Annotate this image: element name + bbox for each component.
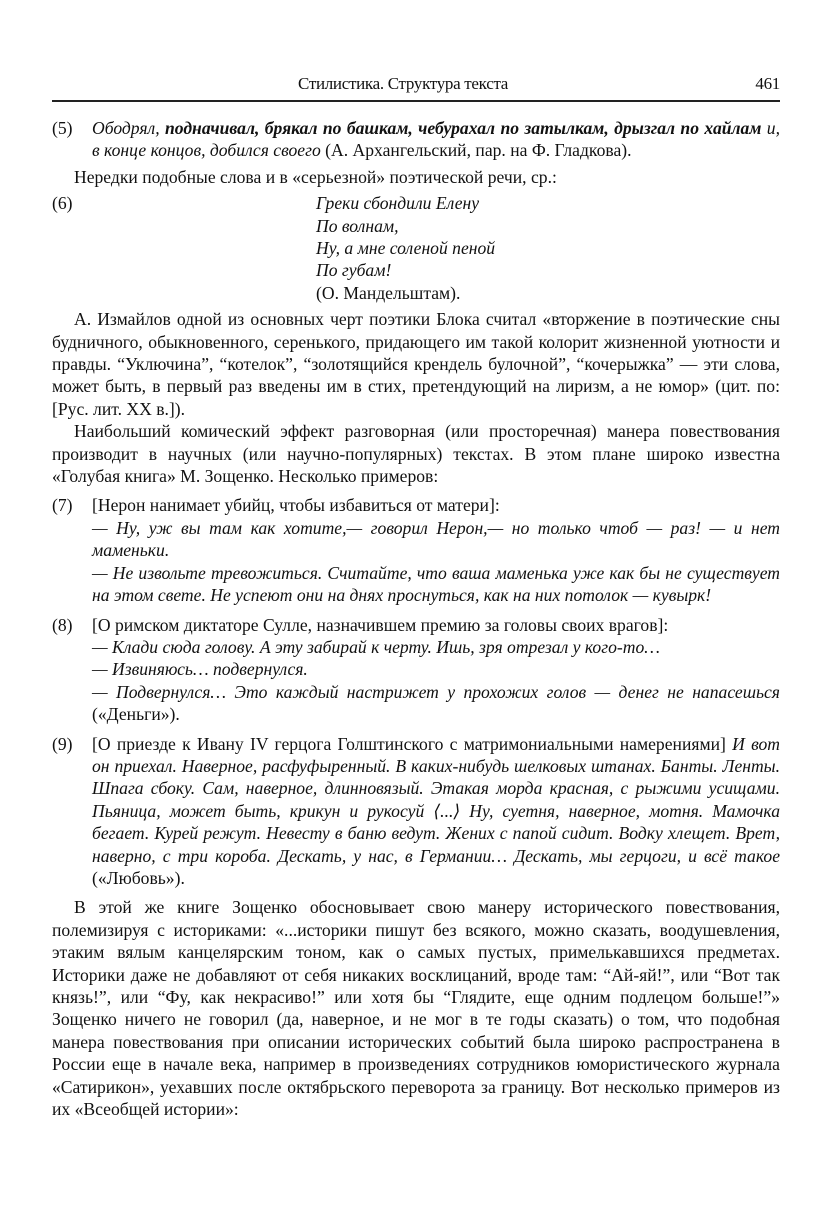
- paragraph: Нередки подобные слова и в «серьезной» п…: [52, 166, 780, 188]
- dialogue-line: — Клади сюда голову. А эту забирай к чер…: [92, 636, 780, 658]
- page-body: (5) Ободрял, подначивал, брякал по башка…: [52, 117, 780, 1120]
- paragraph: А. Измайлов одной из основных черт поэти…: [52, 308, 780, 420]
- paragraph: В этой же книге Зощенко обосновывает сво…: [52, 896, 780, 1120]
- dialogue-line: — Ну, уж вы там как хотите,— говорил Нер…: [92, 517, 780, 562]
- example-context: [О приезде к Ивану IV герцога Голштинско…: [92, 734, 732, 754]
- poem-line: По волнам,: [316, 215, 495, 237]
- example-source: (А. Архангельский, пар. на Ф. Гладкова).: [321, 140, 632, 160]
- dialogue-line: — Не извольте тревожиться. Считайте, что…: [92, 562, 780, 607]
- example-text: Ободрял,: [92, 118, 165, 138]
- example-context: [О римском диктаторе Сулле, назначившем …: [92, 614, 780, 636]
- example-source: («Деньги»).: [92, 704, 180, 724]
- example-number: (5): [52, 117, 73, 139]
- poem-line: По губам!: [316, 259, 495, 281]
- dialogue-line: — Извиняюсь… подвернулся.: [92, 658, 780, 680]
- page-number: 461: [755, 74, 780, 94]
- example-emphasis: подначивал, брякал по башкам, чебурахал …: [165, 118, 761, 138]
- example-7: (7) [Нерон нанимает убийц, чтобы избавит…: [52, 494, 780, 606]
- example-5: (5) Ободрял, подначивал, брякал по башка…: [52, 117, 780, 162]
- example-6: (6) Греки сбондили Елену По волнам, Ну, …: [52, 192, 780, 304]
- poem-line: Ну, а мне соленой пеной: [316, 237, 495, 259]
- example-number: (6): [52, 192, 73, 214]
- example-number: (8): [52, 614, 73, 636]
- running-title: Стилистика. Структура текста: [298, 74, 508, 94]
- dialogue-line: — Подвернулся… Это каждый настрижет у пр…: [92, 682, 780, 702]
- example-context: [Нерон нанимает убийц, чтобы избавиться …: [92, 494, 780, 516]
- example-8: (8) [О римском диктаторе Сулле, назначив…: [52, 614, 780, 726]
- example-number: (7): [52, 494, 73, 516]
- header-rule: [52, 100, 780, 102]
- poem-source: (О. Мандельштам).: [316, 282, 495, 304]
- example-number: (9): [52, 733, 73, 755]
- running-header: Стилистика. Структура текста 461: [52, 74, 780, 98]
- poem-line: Греки сбондили Елену: [316, 192, 495, 214]
- example-9: (9) [О приезде к Ивану IV герцога Голшти…: [52, 733, 780, 890]
- example-source: («Любовь»).: [92, 868, 185, 888]
- poem-lines: Греки сбондили Елену По волнам, Ну, а мн…: [316, 192, 495, 304]
- paragraph: Наибольший комический эффект разговорная…: [52, 420, 780, 487]
